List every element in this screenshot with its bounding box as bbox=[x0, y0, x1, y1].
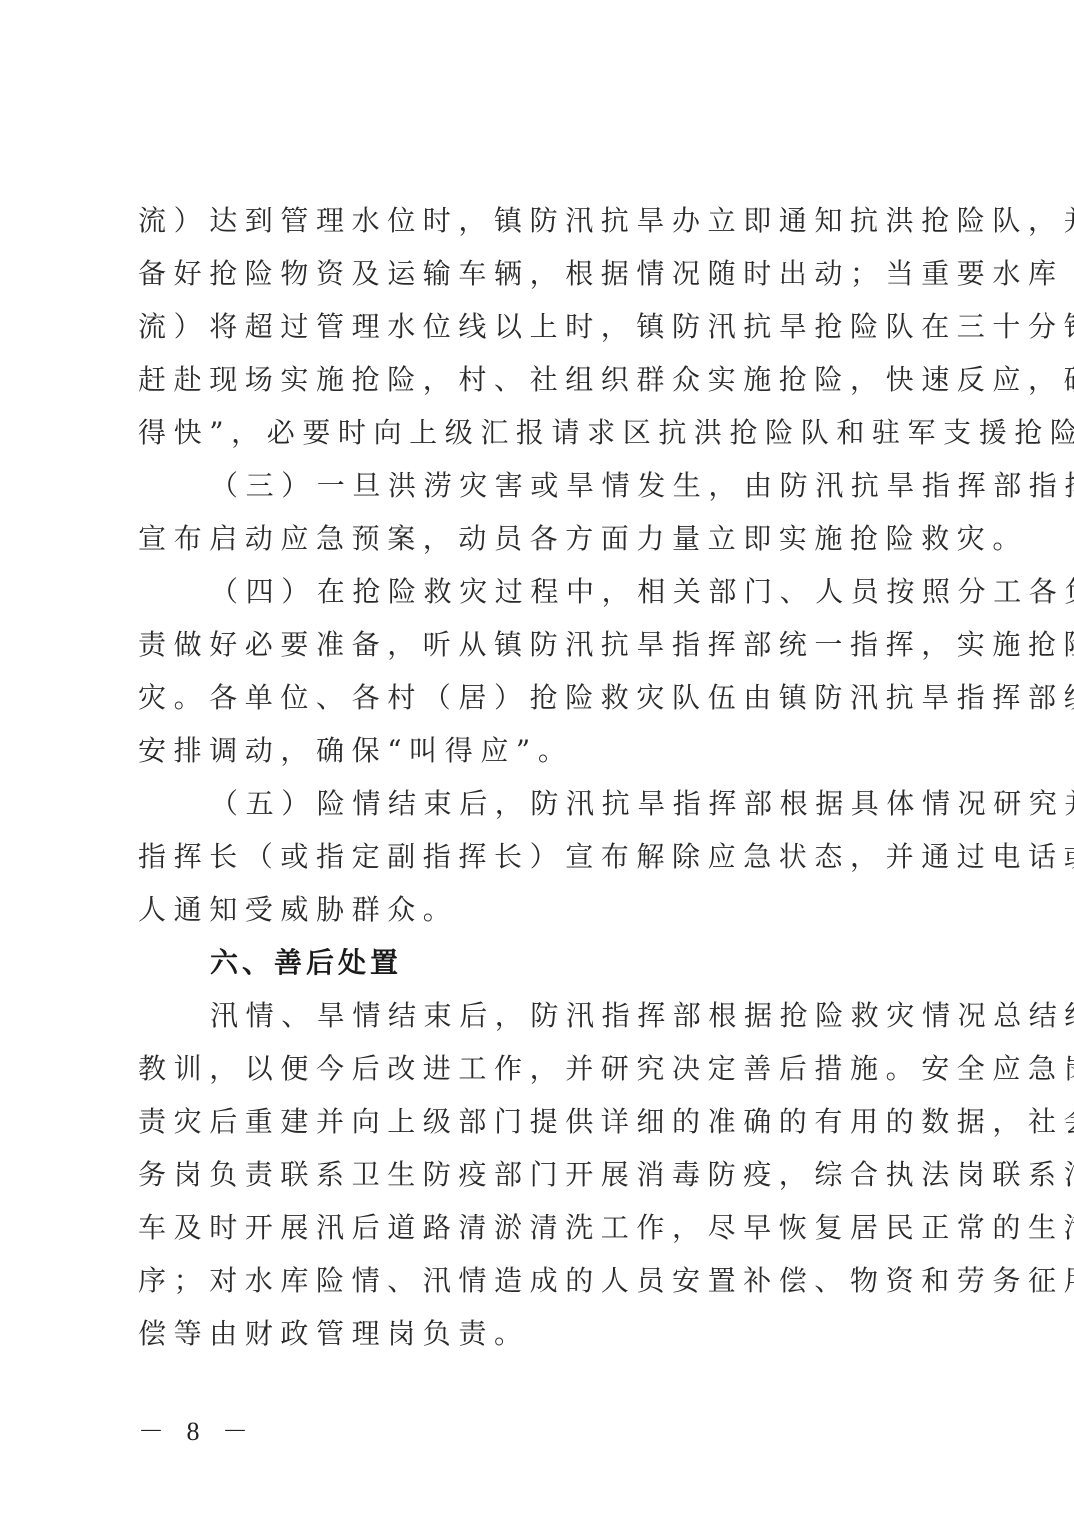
text-line: 流）将超过管理水位线以上时，镇防汛抗旱抢险队在三十分钟内 bbox=[138, 300, 942, 353]
text-line: 责灾后重建并向上级部门提供详细的准确的有用的数据，社会事 bbox=[138, 1095, 942, 1148]
text-line: 宣布启动应急预案，动员各方面力量立即实施抢险救灾。 bbox=[138, 512, 942, 565]
text-line: 偿等由财政管理岗负责。 bbox=[138, 1307, 942, 1360]
page-number: － 8 － bbox=[138, 1412, 256, 1452]
text-line: 人通知受威胁群众。 bbox=[138, 883, 942, 936]
paragraph-item-4-first-line: （四）在抢险救灾过程中，相关部门、人员按照分工各负其 bbox=[138, 565, 942, 618]
section-heading: 六、善后处置 bbox=[138, 936, 942, 989]
text-line: 灾。各单位、各村（居）抢险救灾队伍由镇防汛抗旱指挥部统一 bbox=[138, 671, 942, 724]
text-line: 赶赴现场实施抢险，村、社组织群众实施抢险，快速反应，确保“跑 bbox=[138, 353, 942, 406]
text-line: 指挥长（或指定副指挥长）宣布解除应急状态，并通过电话或专 bbox=[138, 830, 942, 883]
text-line: 务岗负责联系卫生防疫部门开展消毒防疫，综合执法岗联系消防 bbox=[138, 1148, 942, 1201]
document-page: 流）达到管理水位时，镇防汛抗旱办立即通知抗洪抢险队，并准 备好抢险物资及运输车辆… bbox=[0, 0, 1074, 1520]
text-line: 流）达到管理水位时，镇防汛抗旱办立即通知抗洪抢险队，并准 bbox=[138, 194, 942, 247]
text-line: 得快”，必要时向上级汇报请求区抗洪抢险队和驻军支援抢险。 bbox=[138, 406, 942, 459]
text-line: 责做好必要准备，听从镇防汛抗旱指挥部统一指挥，实施抢险救 bbox=[138, 618, 942, 671]
text-line: 车及时开展汛后道路清淤清洗工作，尽早恢复居民正常的生活秩 bbox=[138, 1201, 942, 1254]
text-line: 备好抢险物资及运输车辆，根据情况随时出动；当重要水库（河 bbox=[138, 247, 942, 300]
document-body: 流）达到管理水位时，镇防汛抗旱办立即通知抗洪抢险队，并准 备好抢险物资及运输车辆… bbox=[138, 194, 942, 1360]
paragraph-item-5-first-line: （五）险情结束后，防汛抗旱指挥部根据具体情况研究并由 bbox=[138, 777, 942, 830]
aftermath-paragraph-first-line: 汛情、旱情结束后，防汛指挥部根据抢险救灾情况总结经验、 bbox=[138, 989, 942, 1042]
text-line: 序；对水库险情、汛情造成的人员安置补偿、物资和劳务征用补 bbox=[138, 1254, 942, 1307]
text-line: 教训，以便今后改进工作，并研究决定善后措施。安全应急岗负 bbox=[138, 1042, 942, 1095]
paragraph-item-3-first-line: （三）一旦洪涝灾害或旱情发生，由防汛抗旱指挥部指挥长 bbox=[138, 459, 942, 512]
text-line: 安排调动，确保“叫得应”。 bbox=[138, 724, 942, 777]
